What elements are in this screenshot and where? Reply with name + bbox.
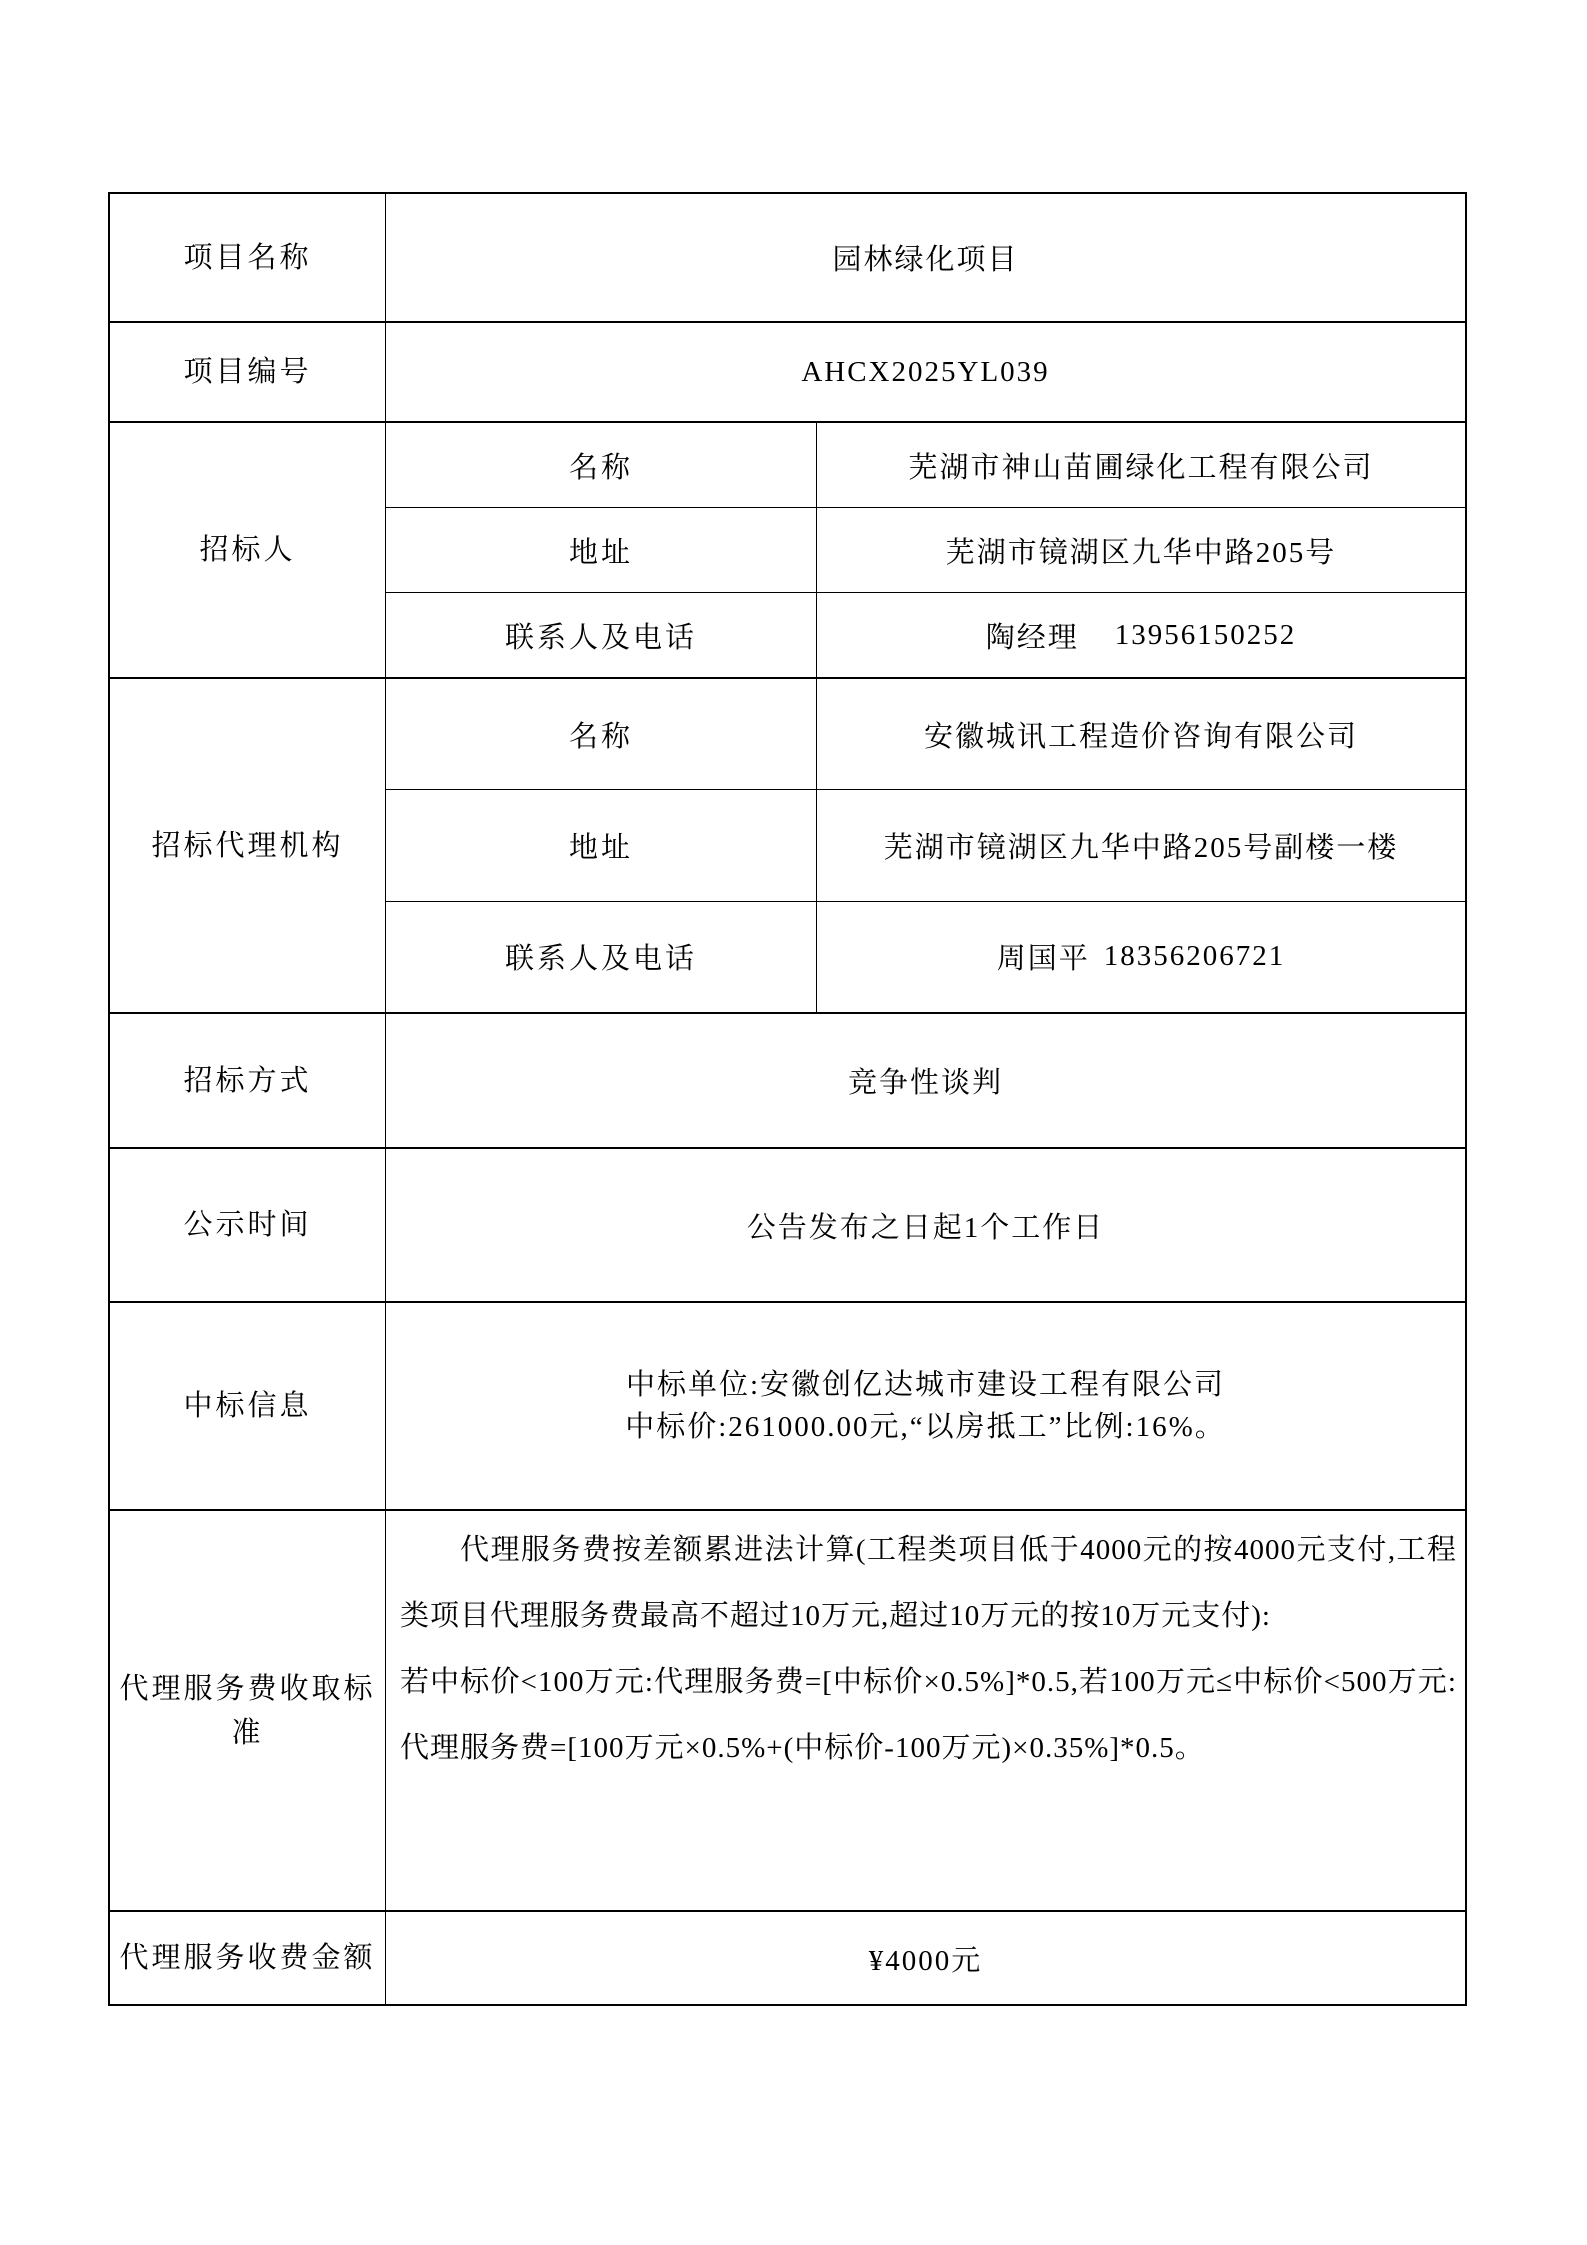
row-fee-amount: 代理服务收费金额 ¥4000元 (108, 1910, 1467, 2006)
value-tenderer-address: 芜湖市镜湖区九华中路205号 (817, 508, 1465, 592)
label-publicity: 公示时间 (110, 1149, 386, 1301)
row-tenderer: 招标人 名称 芜湖市神山苗圃绿化工程有限公司 地址 芜湖市镜湖区九华中路205号… (108, 421, 1467, 677)
label-winning: 中标信息 (110, 1303, 386, 1509)
winning-price: 中标价:261000.00元,“以房抵工”比例:16%。 (625, 1406, 1226, 1448)
agency-name-row: 名称 安徽城讯工程造价咨询有限公司 (386, 679, 1465, 789)
value-agency-address: 芜湖市镜湖区九华中路205号副楼一楼 (817, 790, 1465, 900)
tenderer-contact-row: 联系人及电话 陶经理13956150252 (386, 592, 1465, 677)
value-agency-contact: 周国平18356206721 (817, 902, 1465, 1012)
row-method: 招标方式 竞争性谈判 (108, 1012, 1467, 1147)
agency-details: 名称 安徽城讯工程造价咨询有限公司 地址 芜湖市镜湖区九华中路205号副楼一楼 … (386, 679, 1465, 1012)
label-agency-address: 地址 (386, 790, 817, 900)
value-project-number: AHCX2025YL039 (386, 323, 1465, 421)
row-agency: 招标代理机构 名称 安徽城讯工程造价咨询有限公司 地址 芜湖市镜湖区九华中路20… (108, 677, 1467, 1012)
value-tenderer-name: 芜湖市神山苗圃绿化工程有限公司 (817, 423, 1465, 507)
agency-contact-person: 周国平 (997, 936, 1090, 977)
tenderer-address-row: 地址 芜湖市镜湖区九华中路205号 (386, 507, 1465, 592)
label-agency-name: 名称 (386, 679, 817, 789)
announcement-table: 项目名称 园林绿化项目 项目编号 AHCX2025YL039 招标人 名称 芜湖… (108, 192, 1467, 2006)
label-tenderer-name: 名称 (386, 423, 817, 507)
label-tenderer: 招标人 (110, 423, 386, 677)
label-fee-amount: 代理服务收费金额 (110, 1912, 386, 2004)
label-tenderer-contact: 联系人及电话 (386, 593, 817, 677)
value-tenderer-contact: 陶经理13956150252 (817, 593, 1465, 677)
label-agency-contact: 联系人及电话 (386, 902, 817, 1012)
fee-standard-paragraph-2: 若中标价<100万元:代理服务费=[中标价×0.5%]*0.5,若100万元≤中… (400, 1649, 1457, 1781)
fee-standard-paragraph-1: 代理服务费按差额累进法计算(工程类项目低于4000元的按4000元支付,工程类项… (400, 1517, 1457, 1649)
row-publicity: 公示时间 公告发布之日起1个工作日 (108, 1147, 1467, 1301)
tenderer-contact-person: 陶经理 (986, 615, 1079, 656)
label-method: 招标方式 (110, 1014, 386, 1147)
row-project-name: 项目名称 园林绿化项目 (108, 192, 1467, 321)
value-method: 竞争性谈判 (386, 1014, 1465, 1147)
label-agency: 招标代理机构 (110, 679, 386, 1012)
value-project-name: 园林绿化项目 (386, 194, 1465, 321)
value-fee-standard: 代理服务费按差额累进法计算(工程类项目低于4000元的按4000元支付,工程类项… (386, 1511, 1465, 1910)
value-publicity: 公告发布之日起1个工作日 (386, 1149, 1465, 1301)
value-fee-amount: ¥4000元 (386, 1912, 1465, 2004)
tenderer-name-row: 名称 芜湖市神山苗圃绿化工程有限公司 (386, 423, 1465, 507)
label-fee-standard: 代理服务费收取标准 (110, 1511, 386, 1910)
tenderer-details: 名称 芜湖市神山苗圃绿化工程有限公司 地址 芜湖市镜湖区九华中路205号 联系人… (386, 423, 1465, 677)
label-project-name: 项目名称 (110, 194, 386, 321)
row-project-number: 项目编号 AHCX2025YL039 (108, 321, 1467, 421)
label-tenderer-address: 地址 (386, 508, 817, 592)
row-fee-standard: 代理服务费收取标准 代理服务费按差额累进法计算(工程类项目低于4000元的按40… (108, 1509, 1467, 1910)
agency-address-row: 地址 芜湖市镜湖区九华中路205号副楼一楼 (386, 789, 1465, 900)
agency-contact-phone: 18356206721 (1104, 940, 1286, 973)
winning-unit: 中标单位:安徽创亿达城市建设工程有限公司 (626, 1364, 1225, 1406)
tenderer-contact-phone: 13956150252 (1115, 619, 1297, 652)
agency-contact-row: 联系人及电话 周国平18356206721 (386, 901, 1465, 1012)
label-project-number: 项目编号 (110, 323, 386, 421)
value-agency-name: 安徽城讯工程造价咨询有限公司 (817, 679, 1465, 789)
value-winning: 中标单位:安徽创亿达城市建设工程有限公司 中标价:261000.00元,“以房抵… (386, 1303, 1465, 1509)
row-winning: 中标信息 中标单位:安徽创亿达城市建设工程有限公司 中标价:261000.00元… (108, 1301, 1467, 1509)
